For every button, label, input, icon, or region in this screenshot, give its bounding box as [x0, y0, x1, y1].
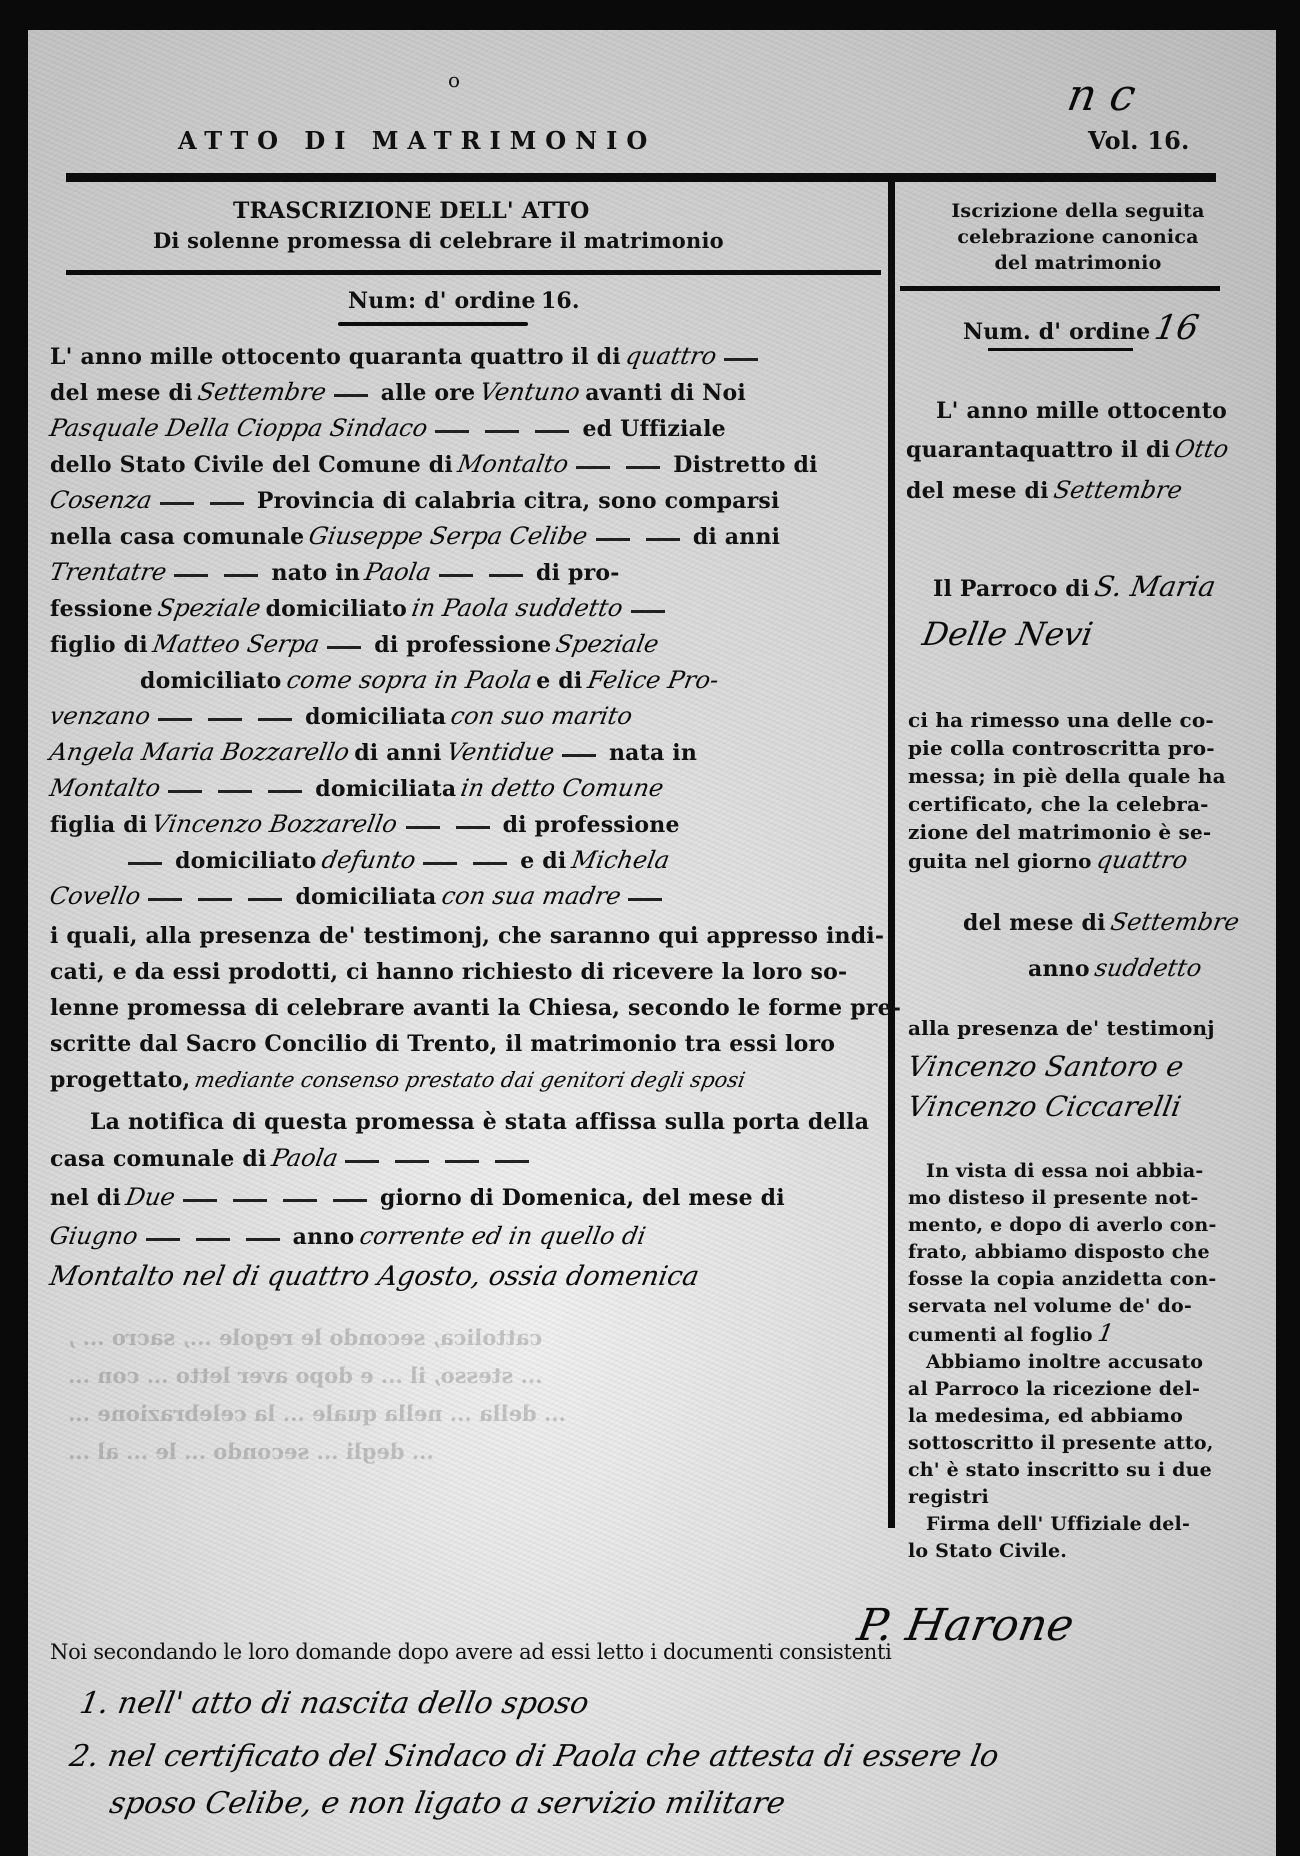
form-hand-entry: Trentatre	[48, 558, 169, 586]
paragraph-line: i quali, alla presenza de' testimonj, ch…	[50, 918, 901, 954]
form-text: domiciliata	[315, 776, 456, 802]
form-hand-entry: Michela	[569, 846, 671, 874]
footer-document-item: sposo Celibe, e non ligato a servizio mi…	[107, 1786, 788, 1821]
right-text: cumenti al foglio	[908, 1324, 1093, 1346]
paragraph-line: cati, e da essi prodotti, ci hanno richi…	[50, 954, 901, 990]
right-text: Abbiamo inoltre accusato	[908, 1349, 1217, 1376]
left-paragraph-1: i quali, alla presenza de' testimonj, ch…	[50, 918, 901, 1100]
right-anno-line: anno suddetto	[1028, 954, 1201, 982]
form-text: nato in	[272, 560, 361, 586]
right-text: sottoscritto il presente atto,	[908, 1430, 1217, 1457]
form-hand-entry: Cosenza	[48, 486, 155, 514]
right-text: L' anno mille ottocento	[906, 392, 1229, 430]
order-value: 16	[1152, 308, 1202, 348]
form-hand-entry: con sua madre	[439, 882, 623, 910]
right-heading: Iscrizione della seguita celebrazione ca…	[908, 198, 1248, 276]
form-text: figlia di	[50, 812, 147, 838]
paragraph-text: nel di	[50, 1185, 121, 1211]
right-text: registri	[908, 1484, 1217, 1511]
right-text: certificato, che la celebra-	[908, 790, 1226, 818]
parroco-line: Il Parroco di S. Maria	[933, 570, 1215, 603]
paragraph-line: scritte dal Sacro Concilio di Trento, il…	[50, 1026, 901, 1062]
paragraph-line: La notifica di questa promessa è stata a…	[50, 1104, 869, 1140]
ghost-line: cattolica, secondo le regole ..., sacro …	[68, 1320, 542, 1356]
right-heading-line: Iscrizione della seguita	[908, 198, 1248, 224]
form-text: domiciliato	[175, 848, 316, 874]
right-hand-entry: Otto	[1172, 430, 1232, 468]
form-text: domiciliata	[305, 704, 446, 730]
form-text: ed Uffiziale	[582, 416, 725, 442]
right-text: mento, e dopo di averlo con-	[908, 1212, 1217, 1239]
right-hand-entry: Delle Nevi	[920, 615, 1096, 653]
form-hand-entry: Covello	[48, 882, 143, 910]
right-hand-entry: S. Maria	[1092, 570, 1218, 603]
order-label: Num. d' ordine	[963, 319, 1150, 345]
right-hand-entry: suddetto	[1092, 954, 1203, 982]
ghost-line: ... degli ... secondo ... le ... al ...	[68, 1434, 434, 1470]
form-hand-entry: in Paola suddetto	[410, 594, 626, 622]
left-form-fields: L' anno mille ottocento quaranta quattro…	[50, 342, 870, 972]
right-text: In vista di essa noi abbia-	[908, 1158, 1217, 1185]
right-text: pie colla controscritta pro-	[908, 734, 1226, 762]
form-hand-entry: Giuseppe Serpa Celibe	[307, 522, 590, 550]
right-text: frato, abbiamo disposto che	[908, 1239, 1217, 1266]
marriage-record-page: o ATTO DI MATRIMONIO Vol. 16. n c TRASCR…	[28, 30, 1276, 1856]
column-divider	[888, 178, 895, 1528]
paragraph-hand-entry: Giugno	[47, 1218, 141, 1254]
footer-print-line: Noi secondando le loro domande dopo aver…	[50, 1640, 998, 1664]
left-heading-1: TRASCRIZIONE DELL' ATTO	[233, 198, 590, 224]
form-hand-entry: venzano	[48, 702, 153, 730]
form-text: Provincia di calabria citra, sono compar…	[257, 488, 780, 514]
paragraph-text: anno	[293, 1224, 355, 1250]
form-hand-entry: Pasquale Della Cioppa Sindaco	[48, 414, 430, 442]
form-text: di professione	[503, 812, 680, 838]
right-body-2: In vista di essa noi abbia- mo disteso i…	[908, 1158, 1217, 1565]
right-hand-entry: Vincenzo Santoro e	[905, 1050, 1186, 1083]
footer-document-item: 2. nel certificato del Sindaco di Paola …	[67, 1739, 1002, 1774]
paragraph-hand-entry: corrente ed in quello di	[356, 1218, 648, 1254]
form-text: L' anno mille ottocento quaranta quattro…	[50, 344, 621, 370]
form-hand-entry: Montalto	[48, 774, 163, 802]
form-hand-entry: Felice Pro-	[585, 666, 720, 694]
form-hand-entry: Angela Maria Bozzarello	[48, 738, 352, 766]
right-body-1: ci ha rimesso una delle co- pie colla co…	[908, 706, 1226, 877]
ghost-line: ... stesso, il ... e dopo aver letto ...…	[68, 1358, 542, 1394]
paragraph-hand-entry: mediante consenso prestato dai genitori …	[192, 1062, 748, 1098]
form-hand-entry: in detto Comune	[459, 774, 666, 802]
form-text: avanti di Noi	[585, 380, 746, 406]
form-text: nata in	[609, 740, 697, 766]
paragraph-hand-entry: Paola	[268, 1140, 340, 1176]
form-text: e di	[536, 668, 582, 694]
form-hand-entry: quattro	[623, 342, 718, 370]
form-text: alle ore	[381, 380, 476, 406]
form-hand-entry: Ventidue	[444, 738, 556, 766]
right-heading-line: celebrazione canonica	[908, 224, 1248, 250]
right-text: del mese di	[906, 478, 1049, 504]
right-text: al Parroco la ricezione del-	[908, 1376, 1217, 1403]
form-text: Distretto di	[673, 452, 817, 478]
right-hand-entry: 1	[1096, 1320, 1116, 1347]
right-text: zione del matrimonio è se-	[908, 818, 1226, 846]
form-text: di professione	[374, 632, 551, 658]
order-value: 16.	[541, 288, 580, 314]
right-hand-entry: Settembre	[1108, 908, 1241, 936]
right-hand-entry: quattro	[1094, 846, 1189, 874]
paragraph-text: casa comunale di	[50, 1146, 267, 1172]
footer-document-item: 1. nell' atto di nascita dello sposo	[77, 1686, 592, 1721]
form-text: nella casa comunale	[50, 524, 304, 550]
right-order-number: Num. d' ordine 16	[963, 308, 1199, 348]
right-text: mo disteso il presente not-	[908, 1185, 1217, 1212]
form-hand-entry: Ventuno	[478, 378, 583, 406]
paragraph-text: giorno di Domenica, del mese di	[380, 1185, 785, 1211]
right-text: ch' è stato inscritto su i due	[908, 1457, 1217, 1484]
paragraph-line: progettato,	[50, 1067, 190, 1093]
form-text: fessione	[50, 596, 153, 622]
right-mese-line: del mese di Settembre	[963, 908, 1239, 936]
form-hand-entry: Settembre	[195, 378, 328, 406]
form-hand-entry: Vincenzo Bozzarello	[150, 810, 400, 838]
form-text: dello Stato Civile del Comune di	[50, 452, 453, 478]
right-text: fosse la copia anzidetta con-	[908, 1266, 1217, 1293]
form-text: domiciliato	[140, 668, 281, 694]
order-label: Num: d' ordine	[348, 288, 536, 314]
signature-caption: lo Stato Civile.	[908, 1538, 1217, 1565]
left-heading-2: Di solenne promessa di celebrare il matr…	[153, 228, 724, 253]
form-text: figlio di	[50, 632, 148, 658]
right-text: anno	[1028, 956, 1090, 982]
folio-annotation: n c	[1064, 70, 1140, 121]
form-text: e di	[520, 848, 566, 874]
form-hand-entry: Speziale	[554, 630, 661, 658]
right-text: guita nel giorno	[908, 849, 1092, 873]
left-order-number: Num: d' ordine 16.	[348, 288, 580, 314]
paragraph-hand-entry: Due	[123, 1179, 178, 1215]
top-mark: o	[448, 68, 460, 92]
right-hand-entry: Vincenzo Ciccarelli	[905, 1090, 1184, 1123]
form-text: del mese di	[50, 380, 193, 406]
right-text: quarantaquattro il di	[906, 437, 1170, 463]
right-text: messa; in piè della quale ha	[908, 762, 1226, 790]
form-hand-entry: come sopra in Paola	[284, 666, 534, 694]
right-heading-line: del matrimonio	[908, 250, 1248, 276]
paragraph-hand-entry: Montalto nel di quattro Agosto, ossia do…	[46, 1257, 702, 1297]
footer: Noi secondando le loro domande dopo aver…	[50, 1640, 998, 1821]
right-text: Il Parroco di	[933, 576, 1089, 602]
form-hand-entry: defunto	[319, 846, 417, 874]
right-hand-entry: Settembre	[1050, 471, 1185, 509]
form-hand-entry: Matteo Serpa	[150, 630, 321, 658]
right-order-underline	[988, 348, 1133, 351]
form-text: domiciliato	[266, 596, 407, 622]
right-text: la medesima, ed abbiamo	[908, 1403, 1217, 1430]
form-hand-entry: Speziale	[155, 594, 262, 622]
order-brace	[338, 322, 528, 326]
form-text: di anni	[354, 740, 441, 766]
form-text: domiciliata	[295, 884, 436, 910]
right-text: ci ha rimesso una delle co-	[908, 706, 1226, 734]
bleed-through-text: cattolica, secondo le regole ..., sacro …	[68, 1320, 566, 1472]
form-hand-entry: con suo marito	[449, 702, 635, 730]
form-text: di pro-	[536, 560, 620, 586]
ghost-line: ... della ... nella quale ... la celebra…	[68, 1396, 566, 1432]
right-heading-rule	[900, 286, 1220, 291]
form-hand-entry: Montalto	[456, 450, 571, 478]
paragraph-line: lenne promessa di celebrare avanti la Ch…	[50, 990, 901, 1026]
right-text: del mese di	[963, 910, 1106, 936]
form-hand-entry: Paola	[363, 558, 434, 586]
signature-caption: Firma dell' Uffiziale del-	[908, 1511, 1217, 1538]
left-paragraph-2: La notifica di questa promessa è stata a…	[50, 1104, 869, 1300]
volume-label: Vol. 16.	[1088, 126, 1190, 155]
right-date-block: L' anno mille ottocento quarantaquattro …	[906, 392, 1229, 512]
top-rule	[66, 173, 1216, 182]
document-title: ATTO DI MATRIMONIO	[178, 126, 656, 155]
right-text: servata nel volume de' do-	[908, 1293, 1217, 1320]
form-text: di anni	[693, 524, 780, 550]
left-heading-rule	[66, 270, 881, 275]
right-text: alla presenza de' testimonj	[908, 1016, 1215, 1040]
